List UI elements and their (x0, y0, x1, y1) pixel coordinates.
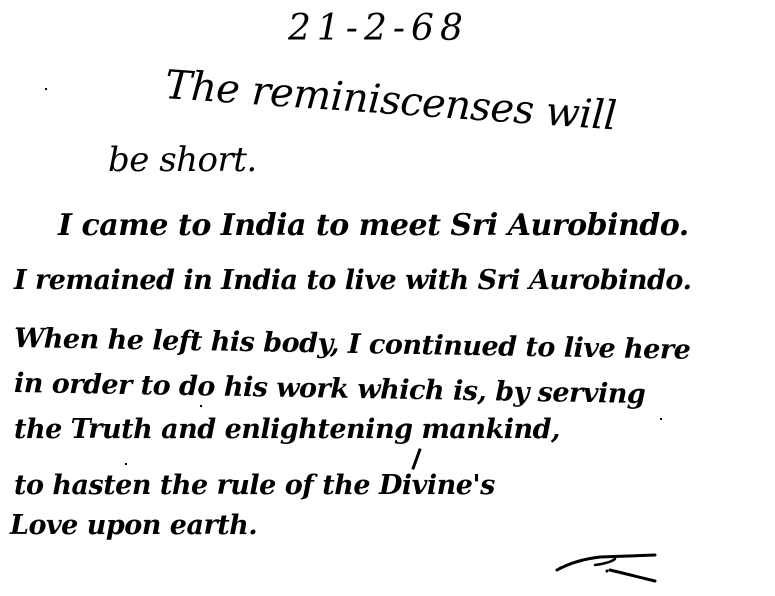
letter-line-6: in order to do his work which is, by ser… (14, 368, 646, 410)
letter-line-9: Love upon earth. (10, 510, 257, 541)
speck (125, 463, 127, 465)
letter-line-5: When he left his body, I continued to li… (14, 323, 691, 366)
letter-line-3: I came to India to meet Sri Aurobindo. (58, 208, 689, 243)
speck (45, 88, 47, 90)
speck (660, 418, 662, 420)
speck (200, 405, 202, 407)
letter-line-4: I remained in India to live with Sri Aur… (14, 265, 691, 296)
signature-icon (555, 545, 665, 585)
letter-line-1: The reminiscenses will (163, 62, 617, 139)
comma-mark (411, 448, 421, 470)
letter-line-2: be short. (108, 140, 257, 180)
letter-date: 21-2-68 (288, 8, 469, 49)
handwritten-letter: 21-2-68 The reminiscenses will be short.… (0, 0, 775, 596)
letter-line-8: to hasten the rule of the Divine's (14, 470, 495, 501)
letter-line-7: the Truth and enlightening mankind, (14, 414, 560, 445)
